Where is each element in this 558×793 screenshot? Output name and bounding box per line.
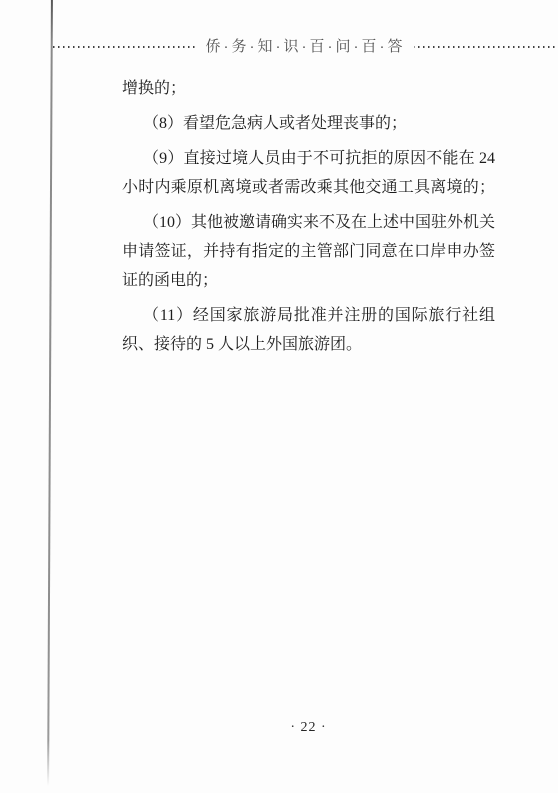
scan-gutter-line [47, 0, 53, 786]
paragraph-item-11: （11）经国家旅游局批准并注册的国际旅行社组 织、接待的 5 人以上外国旅游团。 [122, 301, 495, 359]
paragraph-continuation: 增换的； [122, 74, 495, 103]
body-line: （11）经国家旅游局批准并注册的国际旅行社组 [122, 301, 495, 330]
page-body: 增换的； （8）看望危急病人或者处理丧事的； （9）直接过境人员由于不可抗拒的原… [122, 74, 495, 359]
running-header-title: 侨·务·知·识·百·问·百·答 [197, 38, 415, 56]
paragraph-item-8: （8）看望危急病人或者处理丧事的； [122, 109, 495, 138]
paragraph-item-10: （10）其他被邀请确实来不及在上述中国驻外机关 申请签证，并持有指定的主管部门同… [122, 208, 495, 295]
book-page: 侨·务·知·识·百·问·百·答 增换的； （8）看望危急病人或者处理丧事的； （… [0, 0, 558, 793]
body-line: （8）看望危急病人或者处理丧事的； [122, 109, 495, 138]
running-header: 侨·务·知·识·百·问·百·答 [53, 38, 558, 56]
body-line: 小时内乘原机离境或者需改乘其他交通工具离境的； [122, 173, 495, 202]
body-line: 织、接待的 5 人以上外国旅游团。 [122, 330, 495, 359]
body-line: （9）直接过境人员由于不可抗拒的原因不能在 24 [122, 144, 495, 173]
page-number: · 22 · [122, 719, 495, 737]
paragraph-item-9: （9）直接过境人员由于不可抗拒的原因不能在 24 小时内乘原机离境或者需改乘其他… [122, 144, 495, 202]
body-line: （10）其他被邀请确实来不及在上述中国驻外机关 [122, 208, 495, 237]
body-line: 证的函电的； [122, 266, 495, 295]
body-line: 申请签证，并持有指定的主管部门同意在口岸申办签 [122, 237, 495, 266]
body-line: 增换的； [122, 74, 495, 103]
